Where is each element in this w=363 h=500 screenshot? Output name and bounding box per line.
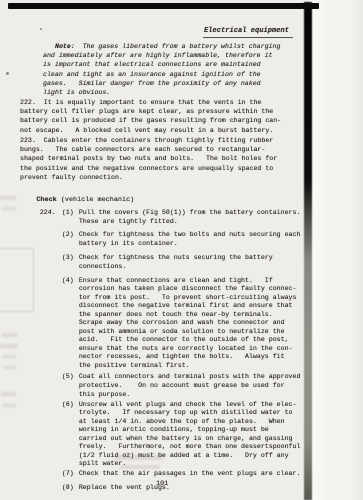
scan-speck: [40, 28, 42, 30]
scan-speck: [6, 72, 9, 75]
step-4-text: Ensure that connections are clean and ti…: [79, 277, 297, 371]
step-5-label: (5): [62, 372, 79, 381]
adjacent-page-edge: [310, 0, 363, 500]
step-4-label: (4): [62, 277, 79, 286]
bleedthrough-mark: [0, 344, 18, 348]
step-8: (8)Replace the vent plugs.: [24, 474, 170, 500]
page-number: 101: [156, 480, 168, 489]
page-gutter-shadow: [304, 2, 312, 500]
bleedthrough-mark: [4, 366, 16, 369]
step-2-label: (2): [62, 230, 79, 239]
scanned-manual-page: Electrical equipment The gases liberated…: [0, 0, 363, 500]
step-4: (4)Ensure that connections are clean and…: [24, 268, 296, 379]
running-header: Electrical equipment: [204, 27, 289, 36]
bleedthrough-mark: [115, 455, 163, 460]
bleedthrough-mark: [0, 196, 16, 200]
step-8-label: (8): [62, 483, 79, 492]
bleedthrough-mark: [1, 392, 16, 396]
step-1-label: (1): [62, 208, 79, 217]
paragraph-222: 222. It is equally important to ensure t…: [20, 98, 290, 135]
step-6-text: Unscrew all vent plugs and check the lev…: [79, 401, 301, 469]
bleedthrough-box: [0, 248, 34, 312]
bleedthrough-mark: [120, 465, 160, 469]
bleedthrough-mark: [2, 355, 16, 358]
note-text: The gases liberated from a battery whils…: [43, 42, 283, 97]
bleedthrough-mark: [3, 404, 16, 407]
note-label: Note:: [55, 42, 75, 51]
step-6-label: (6): [62, 401, 79, 410]
step-1-paragraph-number: 224.: [40, 208, 62, 217]
bleedthrough-mark: [2, 333, 18, 337]
paragraph-223: 223. Cables enter the containers through…: [20, 136, 290, 182]
scan-edge-bar: [8, 3, 319, 9]
bleedthrough-mark: [2, 207, 16, 210]
step-3-label: (3): [62, 253, 79, 262]
running-header-rule: [203, 37, 293, 38]
